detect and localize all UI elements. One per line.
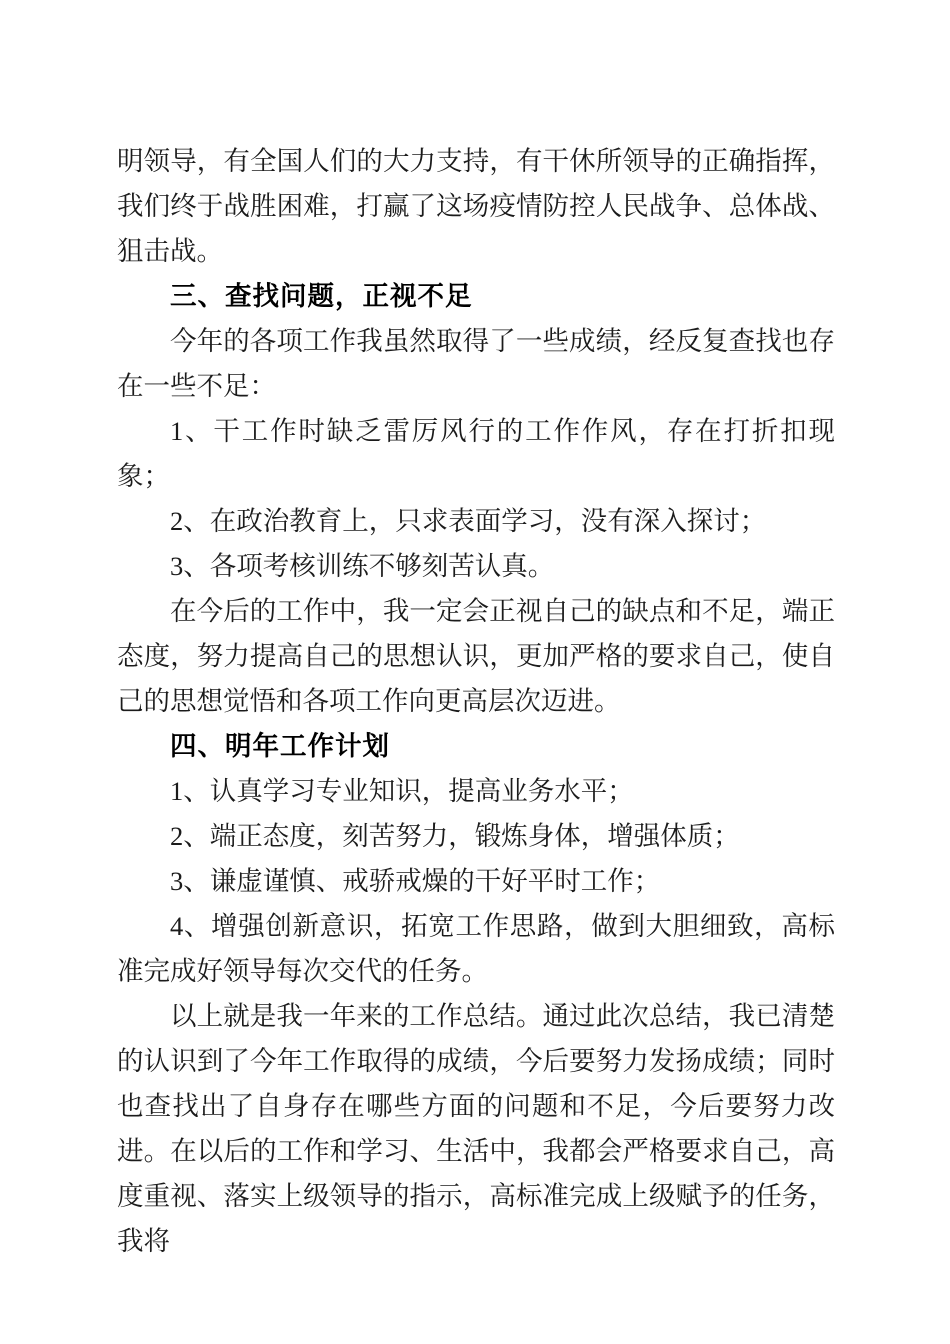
document-page: 明领导，有全国人们的大力支持，有干休所领导的正确指挥，我们终于战胜困难，打赢了这… [0,0,950,1344]
paragraph: 以上就是我一年来的工作总结。通过此次总结，我已清楚的认识到了今年工作取得的成绩，… [117,994,835,1264]
paragraph: 4、增强创新意识，拓宽工作思路，做到大胆细致，高标准完成好领导每次交代的任务。 [117,904,835,994]
section-heading: 三、查找问题，正视不足 [117,274,835,319]
paragraph: 1、认真学习专业知识，提高业务水平； [117,769,835,814]
section-heading: 四、明年工作计划 [117,724,835,769]
paragraph: 2、在政治教育上，只求表面学习，没有深入探讨； [117,499,835,544]
document-body: 明领导，有全国人们的大力支持，有干休所领导的正确指挥，我们终于战胜困难，打赢了这… [117,139,835,1264]
paragraph: 3、谦虚谨慎、戒骄戒燥的干好平时工作； [117,859,835,904]
paragraph: 明领导，有全国人们的大力支持，有干休所领导的正确指挥，我们终于战胜困难，打赢了这… [117,139,835,274]
paragraph: 3、各项考核训练不够刻苦认真。 [117,544,835,589]
paragraph: 在今后的工作中，我一定会正视自己的缺点和不足，端正态度，努力提高自己的思想认识，… [117,589,835,724]
paragraph: 1、干工作时缺乏雷厉风行的工作作风，存在打折扣现象； [117,409,835,499]
paragraph: 2、端正态度，刻苦努力，锻炼身体，增强体质； [117,814,835,859]
paragraph: 今年的各项工作我虽然取得了一些成绩，经反复查找也存在一些不足： [117,319,835,409]
